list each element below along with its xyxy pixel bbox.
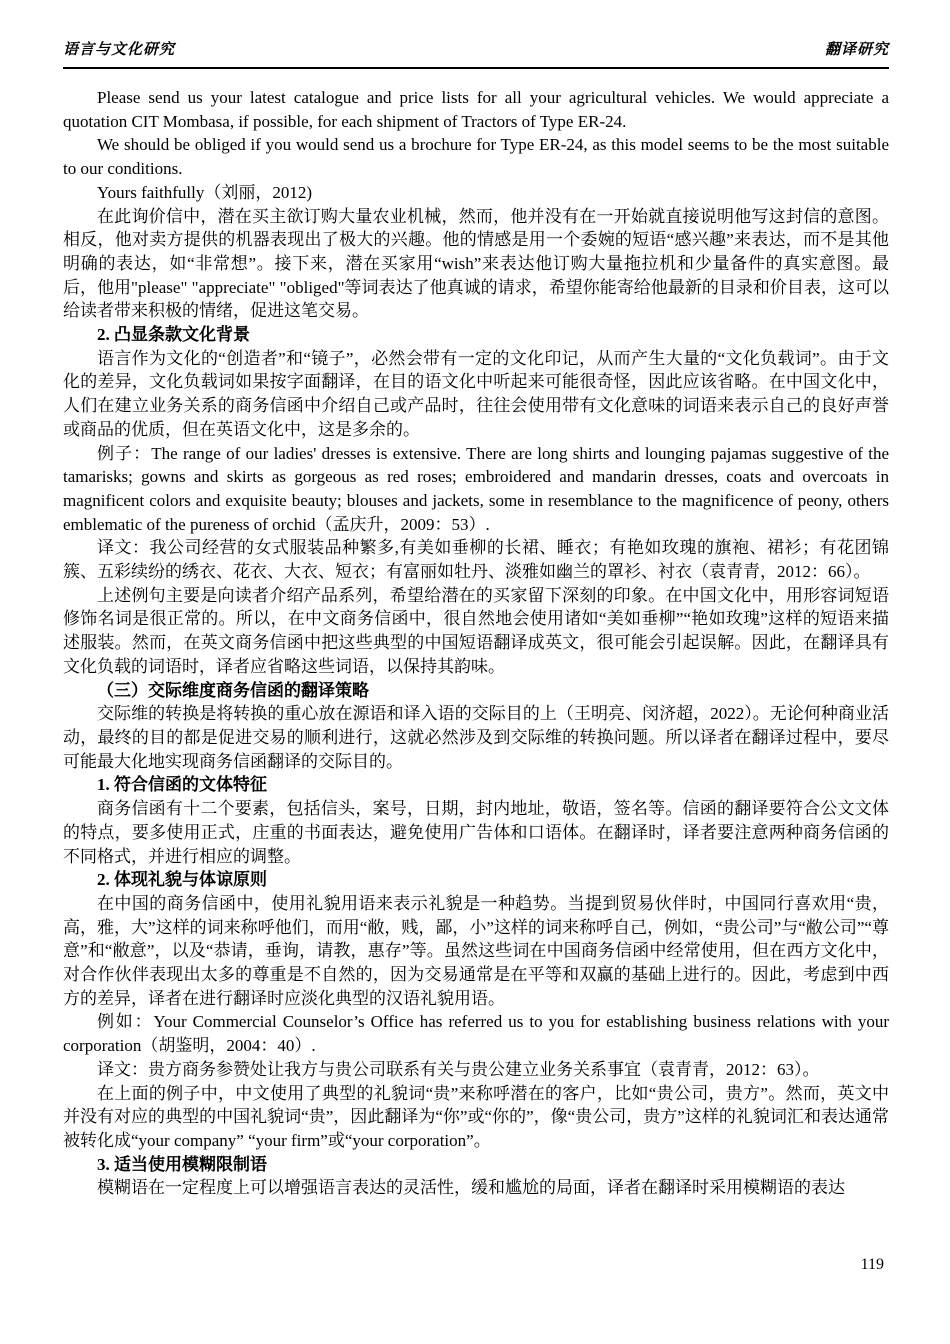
paragraph: 译文：贵方商务参赞处让我方与贵公司联系有关与贵公建立业务关系事宜（袁青青，201… (63, 1058, 889, 1082)
section-heading: 1. 符合信函的文体特征 (63, 773, 889, 797)
page-number: 119 (861, 1256, 884, 1274)
paragraph: 交际维的转换是将转换的重心放在源语和译入语的交际目的上（王明亮、闵济超，2022… (63, 702, 889, 773)
paragraph: 在上面的例子中，中文使用了典型的礼貌词“贵”来称呼潜在的客户，比如“贵公司，贵方… (63, 1082, 889, 1153)
document-page: 语言与文化研究 翻译研究 Please send us your latest … (0, 0, 950, 1344)
journal-title: 语言与文化研究 (63, 38, 175, 59)
paragraph: 在此询价信中，潜在买主欲订购大量农业机械，然而，他并没有在一开始就直接说明他写这… (63, 205, 889, 324)
section-title: 翻译研究 (825, 38, 889, 59)
paragraph: 语言作为文化的“创造者”和“镜子”，必然会带有一定的文化印记，从而产生大量的“文… (63, 347, 889, 442)
section-heading: 2. 凸显条款文化背景 (63, 323, 889, 347)
paragraph: 商务信函有十二个要素，包括信头，案号，日期，封内地址，敬语，签名等。信函的翻译要… (63, 797, 889, 868)
paragraph: 模糊语在一定程度上可以增强语言表达的灵活性，缓和尴尬的局面，译者在翻译时采用模糊… (63, 1176, 889, 1200)
paragraph: We should be obliged if you would send u… (63, 133, 889, 180)
paragraph: 在中国的商务信函中，使用礼貌用语来表示礼貌是一种趋势。当提到贸易伙伴时，中国同行… (63, 892, 889, 1011)
paragraph: 译文：我公司经营的女式服装品种繁多,有美如垂柳的长裙、睡衣；有艳如玫瑰的旗袍、裙… (63, 536, 889, 583)
paragraph: 例如：Your Commercial Counselor’s Office ha… (63, 1010, 889, 1057)
paragraph: 例子：The range of our ladies' dresses is e… (63, 442, 889, 537)
paragraph: Please send us your latest catalogue and… (63, 86, 889, 133)
section-heading: 2. 体现礼貌与体谅原则 (63, 868, 889, 892)
section-heading: 3. 适当使用模糊限制语 (63, 1153, 889, 1177)
section-heading: （三）交际维度商务信函的翻译策略 (63, 679, 889, 703)
page-body: Please send us your latest catalogue and… (63, 86, 889, 1200)
paragraph: Yours faithfully（刘丽，2012) (63, 181, 889, 205)
paragraph: 上述例句主要是向读者介绍产品系列，希望给潜在的买家留下深刻的印象。在中国文化中，… (63, 584, 889, 679)
running-header: 语言与文化研究 翻译研究 (63, 38, 889, 69)
